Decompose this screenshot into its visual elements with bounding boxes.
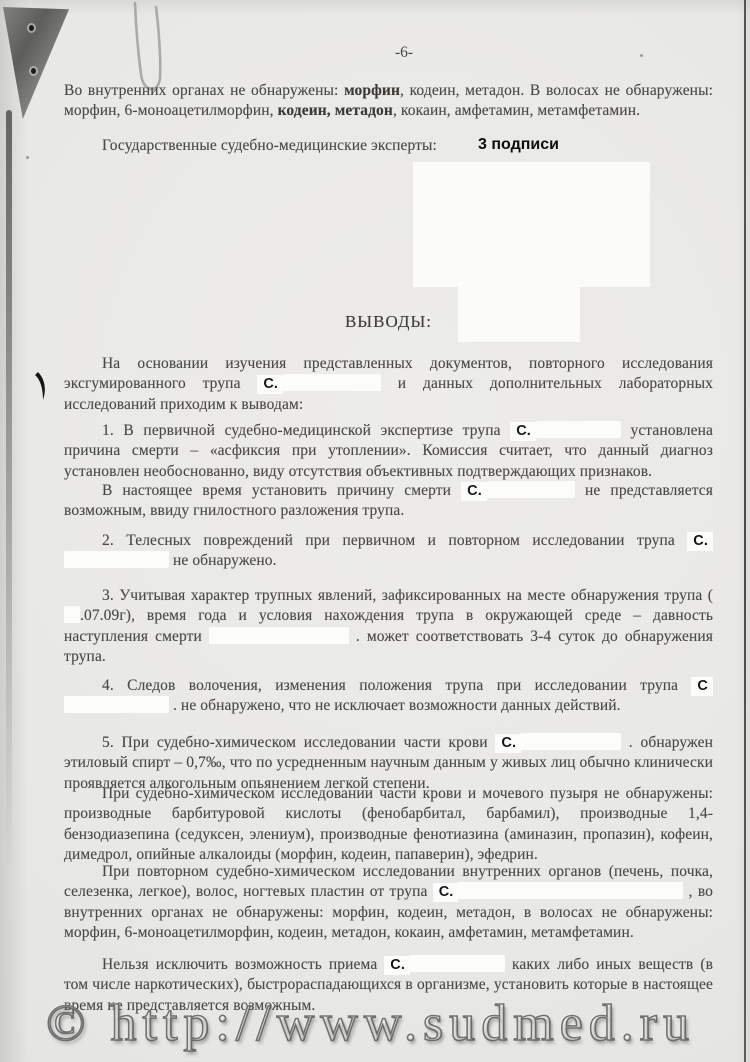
redaction-box: [521, 733, 621, 750]
text-run: Во внутренних органах не обнаружены:: [64, 82, 344, 99]
signature-redaction-box: [413, 162, 650, 287]
experts-label-line: Государственные судебно-медицинские эксп…: [64, 136, 713, 156]
scanned-document-page: -6- Во внутренних органах не обнаружены:…: [0, 0, 750, 1062]
text-run: , кокаин, амфетамин, метамфетамин.: [393, 102, 640, 119]
paragraph-toxicology-summary: Во внутренних органах не обнаружены: мор…: [64, 81, 713, 122]
text-run: В настоящее время установить причину сме…: [102, 482, 461, 499]
anonymized-initial: С.: [687, 532, 713, 551]
paragraph-conclusion-4: 4. Следов волочения, изменения положения…: [64, 676, 713, 717]
anonymized-initial: С.: [495, 734, 521, 753]
redaction-box: [209, 627, 349, 644]
ink-mark: [34, 371, 48, 401]
text-run: . не обнаружено, что не исключает возмож…: [169, 697, 621, 714]
paragraph-conclusion-3: 3. Учитывая характер трупных явлений, за…: [64, 586, 713, 667]
text-run: не обнаружено.: [169, 552, 277, 569]
text-run: морфин: [344, 82, 400, 99]
text-run: 3. Учитывая характер трупных явлений, за…: [102, 587, 713, 604]
text-run: При судебно-химическом исследовании част…: [64, 785, 713, 863]
punch-hole-dot: [31, 68, 36, 74]
paragraph-conclusions-intro: На основании изучения представленных док…: [64, 354, 713, 415]
text-run: 5. При судебно-химическом исследовании ч…: [102, 734, 495, 751]
page-number: -6-: [64, 44, 744, 62]
redaction-box: [410, 955, 505, 972]
anonymized-initial: С.: [510, 422, 536, 441]
text-run: Нельзя исключить возможность приема: [102, 956, 384, 973]
paragraph-conclusion-5-chemistry: При судебно-химическом исследовании част…: [64, 784, 713, 865]
anonymized-initial: С: [691, 677, 713, 696]
scan-speck: [26, 156, 29, 159]
anonymized-initial: С.: [257, 375, 283, 394]
anonymized-initial: С.: [461, 482, 487, 501]
redaction-box: [487, 481, 575, 498]
redaction-box: [536, 421, 621, 438]
paragraph-conclusion-1: 1. В первичной судебно-медицинской экспе…: [64, 421, 713, 482]
conclusions-heading: ВЫВОДЫ:: [64, 312, 713, 332]
text-run: 1. В первичной судебно-медицинской экспе…: [102, 422, 510, 439]
scan-fold-line: [6, 110, 12, 875]
redaction-box: [458, 882, 683, 899]
redaction-box: [283, 374, 381, 391]
redaction-box: [64, 551, 169, 568]
text-run: 2. Телесных повреждений при первичном и …: [102, 532, 687, 549]
sudmed-watermark: © http://www.sudmed.ru: [46, 994, 750, 1053]
text-run: кодеин, метадон: [278, 102, 393, 119]
anonymized-initial: С.: [384, 956, 410, 975]
scan-edge-line: [744, 0, 746, 1062]
punch-hole-dot: [29, 25, 34, 31]
paragraph-conclusion-1-continued: В настоящее время установить причину сме…: [64, 481, 713, 522]
redaction-box: [64, 606, 80, 623]
scan-corner-fold-artifact: [3, 7, 69, 119]
signature-redaction-box: [458, 280, 580, 342]
anonymized-initial: С.: [433, 883, 459, 902]
paragraph-conclusion-5-repeat-exam: При повторном судебно-химическом исследо…: [64, 862, 713, 943]
text-run: Государственные судебно-медицинские эксп…: [102, 137, 437, 154]
text-run: 4. Следов волочения, изменения положения…: [102, 677, 691, 694]
paragraph-conclusion-2: 2. Телесных повреждений при первичном и …: [64, 531, 713, 572]
redaction-box: [64, 696, 169, 713]
signatures-count-annotation: 3 подписи: [478, 136, 559, 154]
